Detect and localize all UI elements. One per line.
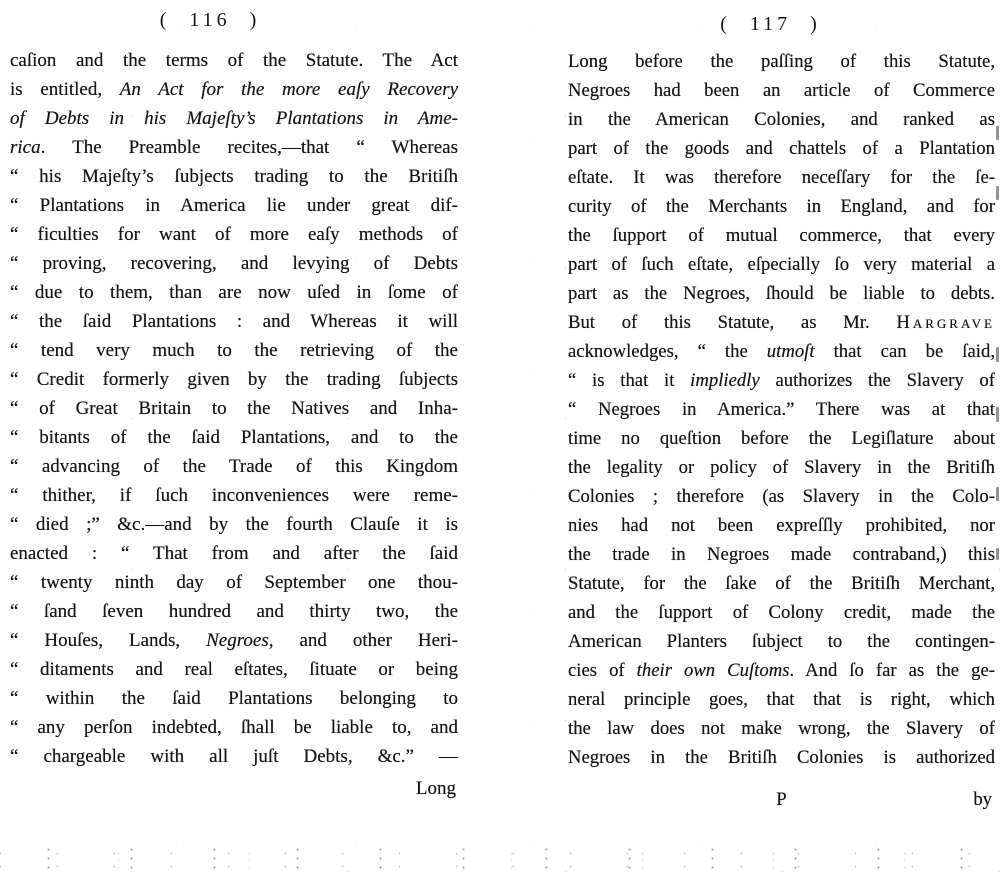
text-segment: Long before the paſſing of this Statute,: [568, 51, 995, 72]
page-117: ( 117 ) Long before the paſſing of this …: [568, 12, 995, 814]
text-line: enacted : “ That from and after the ſaid: [10, 539, 458, 568]
scan-edge-mark: [996, 487, 999, 501]
text-line: “ ditaments and real eſtates, ſituate or…: [10, 655, 458, 684]
text-line: “ died ;” &c.—and by the fourth Clauſe i…: [10, 510, 458, 539]
italic-text: impliedly: [690, 370, 760, 391]
text-line: part as the Negroes, ſhould be liable to…: [568, 279, 995, 308]
text-line: “ tend very much to the retrieving of th…: [10, 336, 458, 365]
text-segment: “ twenty ninth day of September one thou…: [10, 572, 458, 593]
text-segment: authorizes the Slavery of: [760, 370, 995, 391]
text-segment: “ bitants of the ſaid Plantations, and t…: [10, 427, 458, 448]
text-segment: part of the goods and chattels of a Plan…: [568, 138, 995, 159]
text-line: “ thither, if ſuch inconveniences were r…: [10, 481, 458, 510]
text-line: “ bitants of the ſaid Plantations, and t…: [10, 423, 458, 452]
page-number-header: ( 116 ): [10, 8, 458, 32]
page-number-header: ( 117 ): [568, 12, 995, 36]
smallcaps-name: Hargrave: [896, 312, 995, 333]
text-line: “ chargeable with all juſt Debts, &c.” —: [10, 742, 458, 771]
text-segment: “ ficulties for want of more eaſy method…: [10, 224, 458, 245]
italic-text: of Debts in his Majeſty’s Plantations in…: [10, 108, 458, 129]
signature-mark: P: [776, 785, 786, 814]
text-line: the legality or policy of Slavery in the…: [568, 453, 995, 482]
text-segment: the legality or policy of Slavery in the…: [568, 457, 995, 478]
scan-edge-mark: [996, 126, 999, 140]
text-line: and the ſupport of Colony credit, made t…: [568, 598, 995, 627]
text-segment: “ Plantations in America lie under great…: [10, 195, 458, 216]
text-line: “ ſand ſeven hundred and thirty two, the: [10, 597, 458, 626]
text-segment: neral principle goes, that that is right…: [568, 689, 995, 710]
text-segment: enacted : “ That from and after the ſaid: [10, 543, 458, 564]
text-segment: the law does not make wrong, the Slavery…: [568, 718, 995, 739]
text-segment: time no queſtion before the Legiſlature …: [568, 428, 995, 449]
text-segment: But of this Statute, as Mr.: [568, 312, 896, 333]
text-segment: that can be ſaid,: [815, 341, 995, 362]
text-line: curity of the Merchants in England, and …: [568, 192, 995, 221]
text-line: “ within the ſaid Plantations belonging …: [10, 684, 458, 713]
text-segment: Colonies ; therefore (as Slavery in the …: [568, 486, 995, 507]
text-line: of Debts in his Majeſty’s Plantations in…: [10, 104, 458, 133]
text-segment: Negroes had been an article of Commerce: [568, 80, 995, 101]
page-footer: P by: [568, 785, 995, 814]
text-segment: “ thither, if ſuch inconveniences were r…: [10, 485, 458, 506]
text-line: Statute, for the ſake of the Britiſh Mer…: [568, 569, 995, 598]
scan-edge-mark: [996, 407, 999, 422]
italic-text: utmoſt: [767, 341, 815, 362]
text-line: Negroes had been an article of Commerce: [568, 76, 995, 105]
text-line: Long before the paſſing of this Statute,: [568, 47, 995, 76]
text-segment: “ ſand ſeven hundred and thirty two, the: [10, 601, 458, 622]
scan-edge-mark: [996, 548, 999, 560]
catchword: by: [973, 785, 992, 814]
text-segment: “ the ſaid Plantations : and Whereas it …: [10, 311, 458, 332]
scan-noise: [0, 848, 1000, 870]
text-segment: and the ſupport of Colony credit, made t…: [568, 602, 995, 623]
text-segment: “ chargeable with all juſt Debts, &c.” —: [10, 746, 458, 767]
text-segment: eſtate. It was therefore neceſſary for t…: [568, 167, 995, 188]
text-segment: part as the Negroes, ſhould be liable to…: [568, 283, 995, 304]
text-line: acknowledges, “ the utmoſt that can be ſ…: [568, 337, 995, 366]
page-body: caſion and the terms of the Statute. The…: [10, 46, 458, 771]
scan-edge-mark: [996, 347, 999, 362]
text-line: “ his Majeſty’s ſubjects trading to the …: [10, 162, 458, 191]
text-line: time no queſtion before the Legiſlature …: [568, 424, 995, 453]
text-line: “ Credit formerly given by the trading ſ…: [10, 365, 458, 394]
text-line: “ is that it impliedly authorizes the Sl…: [568, 366, 995, 395]
text-line: Negroes in the Britiſh Colonies is autho…: [568, 743, 995, 772]
text-line: the ſupport of mutual commerce, that eve…: [568, 221, 995, 250]
text-segment: “ is that it: [568, 370, 690, 391]
text-line: “ ficulties for want of more eaſy method…: [10, 220, 458, 249]
text-line: the law does not make wrong, the Slavery…: [568, 714, 995, 743]
italic-text: rica: [10, 137, 41, 158]
text-segment: “ within the ſaid Plantations belonging …: [10, 688, 458, 709]
text-line: part of ſuch eſtate, eſpecially ſo very …: [568, 250, 995, 279]
text-line: American Planters ſubject to the conting…: [568, 627, 995, 656]
text-line: eſtate. It was therefore neceſſary for t…: [568, 163, 995, 192]
text-segment: . The Preamble recites,—that “ Whereas: [41, 137, 458, 158]
text-segment: “ his Majeſty’s ſubjects trading to the …: [10, 166, 458, 187]
text-segment: acknowledges, “ the: [568, 341, 767, 362]
text-line: “ Plantations in America lie under great…: [10, 191, 458, 220]
text-line: rica. The Preamble recites,—that “ Where…: [10, 133, 458, 162]
text-segment: Statute, for the ſake of the Britiſh Mer…: [568, 573, 995, 594]
text-segment: Negroes in the Britiſh Colonies is autho…: [568, 747, 995, 768]
text-line: “ twenty ninth day of September one thou…: [10, 568, 458, 597]
text-segment: caſion and the terms of the Statute. The…: [10, 50, 458, 71]
text-line: neral principle goes, that that is right…: [568, 685, 995, 714]
text-line: But of this Statute, as Mr. Hargrave: [568, 308, 995, 337]
text-line: the trade in Negroes made contraband,) t…: [568, 540, 995, 569]
italic-text: their own Cuſtoms: [637, 660, 790, 681]
text-line: “ due to them, than are now uſed in ſome…: [10, 278, 458, 307]
text-segment: “ died ;” &c.—and by the fourth Clauſe i…: [10, 514, 458, 535]
text-line: part of the goods and chattels of a Plan…: [568, 134, 995, 163]
text-line: cies of their own Cuſtoms. And ſo far as…: [568, 656, 995, 685]
text-line: nies had not been expreſſly prohibited, …: [568, 511, 995, 540]
text-segment: “ advancing of the Trade of this Kingdom: [10, 456, 458, 477]
text-line: “ Negroes in America.” There was at that: [568, 395, 995, 424]
text-line: “ any perſon indebted, ſhall be liable t…: [10, 713, 458, 742]
text-segment: the ſupport of mutual commerce, that eve…: [568, 225, 995, 246]
catchword: Long: [10, 774, 458, 803]
scan-edge-mark: [996, 186, 999, 200]
text-segment: “ due to them, than are now uſed in ſome…: [10, 282, 458, 303]
italic-text: An Act for the more eaſy Recovery: [120, 79, 458, 100]
text-segment: curity of the Merchants in England, and …: [568, 196, 995, 217]
text-segment: in the American Colonies, and ranked as: [568, 109, 995, 130]
text-segment: cies of: [568, 660, 637, 681]
text-segment: , and other Heri-: [269, 630, 458, 651]
text-line: caſion and the terms of the Statute. The…: [10, 46, 458, 75]
italic-text: Negroes: [206, 630, 269, 651]
text-line: Colonies ; therefore (as Slavery in the …: [568, 482, 995, 511]
text-segment: “ Houſes, Lands,: [10, 630, 206, 651]
text-line: “ Houſes, Lands, Negroes, and other Heri…: [10, 626, 458, 655]
text-line: “ the ſaid Plantations : and Whereas it …: [10, 307, 458, 336]
text-line: in the American Colonies, and ranked as: [568, 105, 995, 134]
text-segment: “ ditaments and real eſtates, ſituate or…: [10, 659, 458, 680]
text-segment: American Planters ſubject to the conting…: [568, 631, 995, 652]
text-line: “ proving, recovering, and levying of De…: [10, 249, 458, 278]
text-segment: part of ſuch eſtate, eſpecially ſo very …: [568, 254, 995, 275]
text-segment: . And ſo far as the ge-: [789, 660, 995, 681]
text-line: “ of Great Britain to the Natives and In…: [10, 394, 458, 423]
text-line: is entitled, An Act for the more eaſy Re…: [10, 75, 458, 104]
text-segment: “ proving, recovering, and levying of De…: [10, 253, 458, 274]
page-body: Long before the paſſing of this Statute,…: [568, 47, 995, 772]
text-segment: is entitled,: [10, 79, 120, 100]
page-116: ( 116 ) caſion and the terms of the Stat…: [10, 8, 458, 803]
text-segment: the trade in Negroes made contraband,) t…: [568, 544, 995, 565]
text-segment: nies had not been expreſſly prohibited, …: [568, 515, 995, 536]
text-segment: “ tend very much to the retrieving of th…: [10, 340, 458, 361]
text-segment: “ Negroes in America.” There was at that: [568, 399, 995, 420]
book-scan-canvas: ( 116 ) caſion and the terms of the Stat…: [0, 0, 1000, 876]
text-segment: “ Credit formerly given by the trading ſ…: [10, 369, 458, 390]
text-segment: “ any perſon indebted, ſhall be liable t…: [10, 717, 458, 738]
text-segment: “ of Great Britain to the Natives and In…: [10, 398, 458, 419]
text-line: “ advancing of the Trade of this Kingdom: [10, 452, 458, 481]
